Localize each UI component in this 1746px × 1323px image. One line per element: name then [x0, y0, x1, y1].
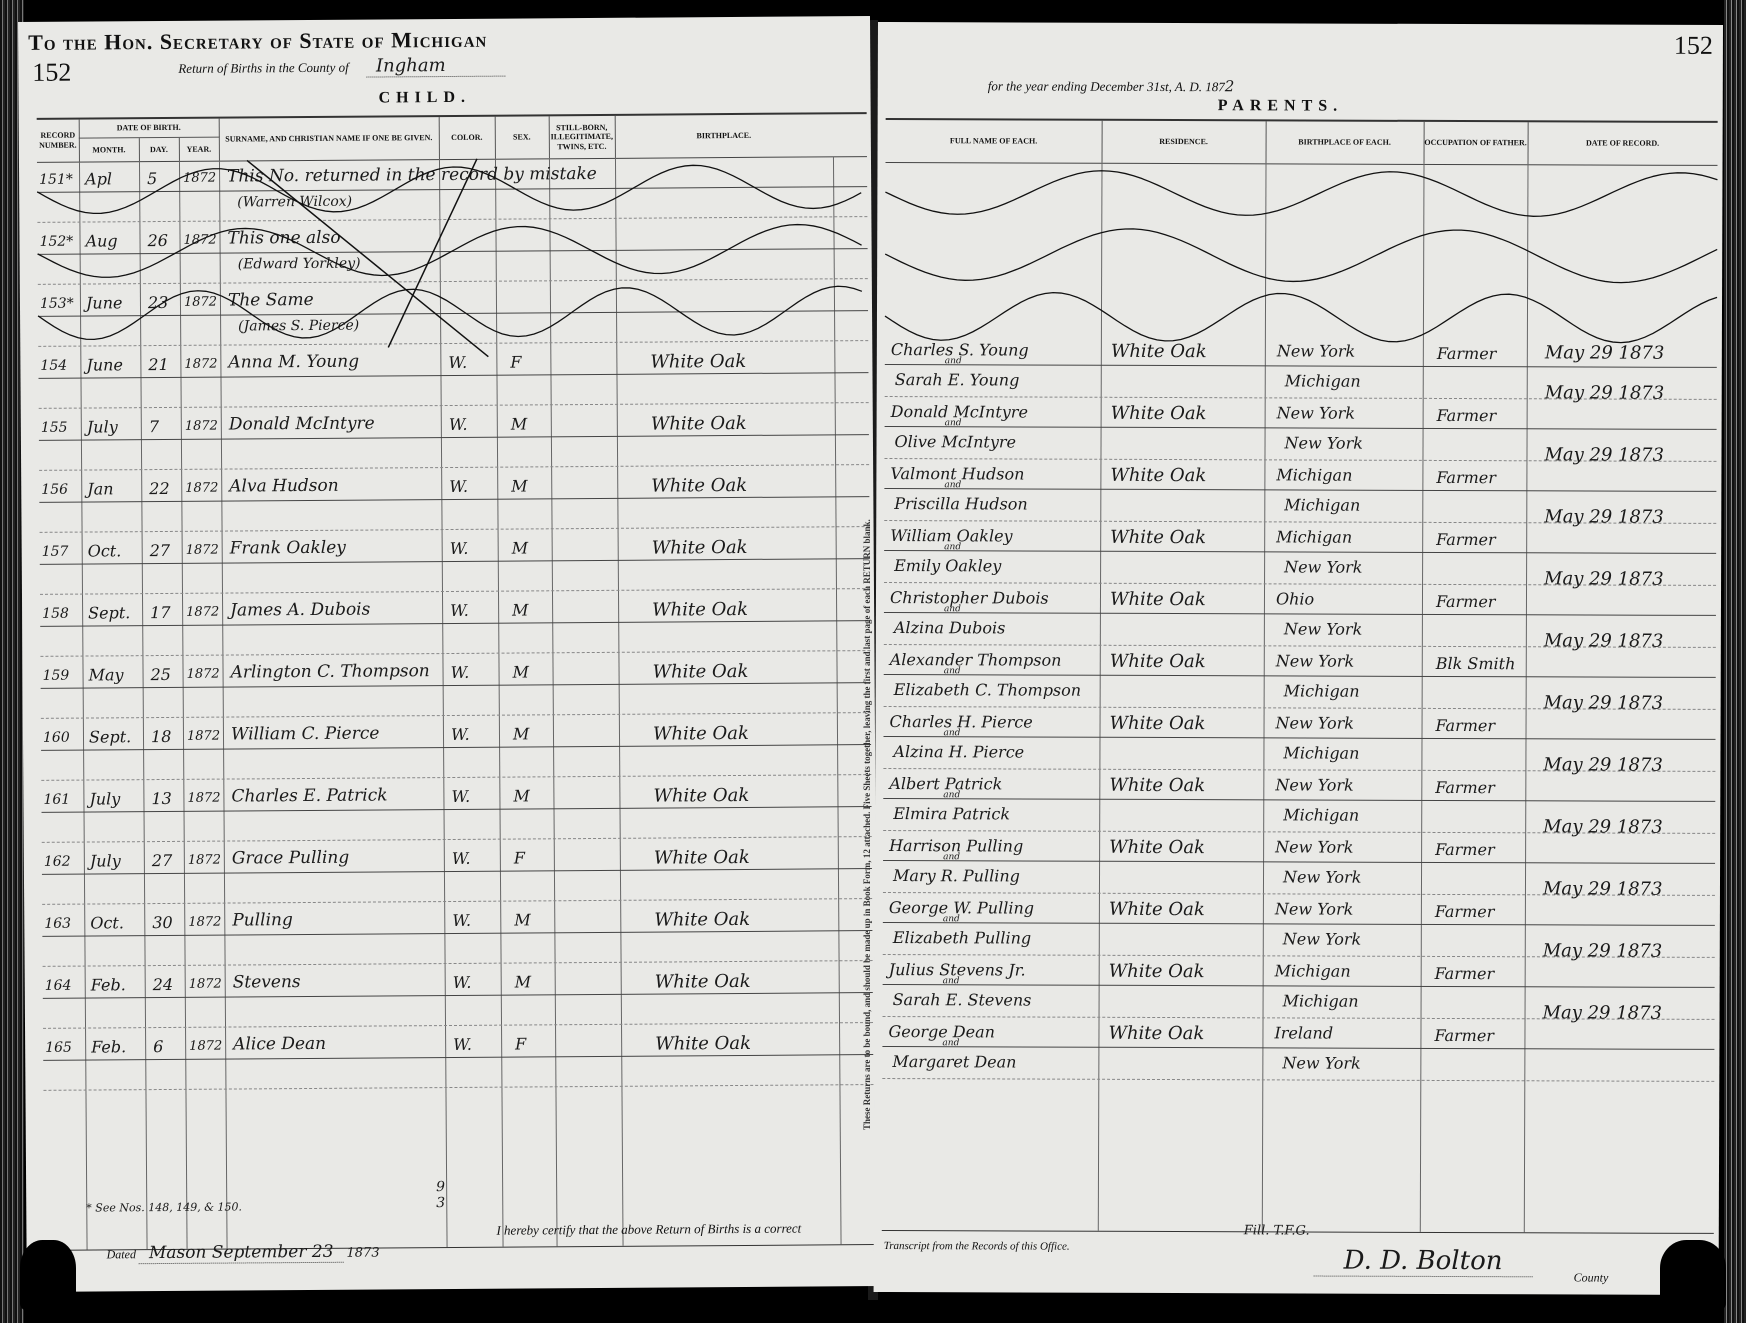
birth-month: Oct. — [88, 541, 122, 560]
birth-month: Jan — [87, 479, 113, 498]
table-row: 160Sept.181872William C. PierceW.MWhite … — [41, 720, 871, 788]
father-name: George W. Pulling — [889, 898, 1034, 918]
table-row: 165Feb.61872Alice DeanW.FWhite Oak — [43, 1030, 873, 1098]
tally-mark: 9 3 — [436, 1179, 446, 1211]
child-color: W. — [453, 1035, 472, 1054]
father-birthplace: New York — [1275, 837, 1353, 856]
child-birthplace: White Oak — [651, 413, 747, 435]
strike-through-marks — [37, 114, 869, 360]
birth-year: 1872 — [185, 419, 218, 434]
mother-birthplace: Michigan — [1285, 371, 1361, 390]
mother-birthplace: New York — [1285, 433, 1363, 452]
child-sex: M — [514, 910, 531, 929]
birth-month: July — [90, 851, 121, 870]
birth-month: Sept. — [88, 603, 130, 622]
dated-value: Mason September 23 — [139, 1242, 344, 1264]
record-number: 154 — [40, 358, 67, 374]
parent-residence: White Oak — [1111, 403, 1207, 424]
dated-label: Dated — [107, 1247, 136, 1261]
child-name: William C. Pierce — [231, 723, 380, 744]
and-connector: and — [943, 790, 960, 800]
mother-birthplace: New York — [1283, 929, 1361, 948]
parent-residence: White Oak — [1110, 713, 1206, 734]
child-name: Stevens — [233, 972, 301, 992]
child-color: W. — [453, 973, 472, 992]
child-color: W. — [450, 601, 469, 620]
record-date: May 29 1873 — [1544, 568, 1664, 589]
parent-rows: Charles S. YoungandSarah E. YoungWhite O… — [886, 120, 1718, 123]
birth-day: 27 — [152, 851, 172, 870]
child-color: W. — [449, 415, 468, 434]
child-name: Arlington C. Thompson — [230, 661, 429, 682]
father-birthplace: Ireland — [1274, 1023, 1333, 1042]
mother-birthplace: Michigan — [1283, 743, 1359, 762]
mother-name: Elizabeth C. Thompson — [894, 680, 1082, 700]
record-number: 162 — [44, 854, 71, 870]
birth-year: 1872 — [187, 791, 220, 806]
birth-year: 1872 — [189, 1039, 222, 1054]
mother-birthplace: New York — [1284, 619, 1362, 638]
record-number: 158 — [42, 606, 69, 622]
right-page: 152 for the year ending December 31st, A… — [874, 22, 1723, 1295]
child-sex: M — [512, 600, 529, 619]
father-occupation: Farmer — [1436, 468, 1496, 487]
parent-residence: White Oak — [1108, 1023, 1204, 1044]
child-birthplace: White Oak — [655, 971, 751, 993]
birth-day: 24 — [153, 975, 173, 994]
child-sex: M — [512, 662, 529, 681]
child-name: Frank Oakley — [230, 538, 346, 559]
father-birthplace: Ohio — [1276, 589, 1314, 608]
parent-residence: White Oak — [1109, 961, 1205, 982]
return-label-text: Return of Births in the County of — [178, 60, 349, 76]
birth-year: 1872 — [184, 357, 217, 372]
year-ending-text: for the year ending December 31st, A. D.… — [988, 78, 1225, 94]
birth-day: 25 — [150, 665, 170, 684]
dated-year: 1873 — [346, 1246, 379, 1261]
child-birthplace: White Oak — [652, 537, 748, 559]
and-connector: and — [943, 914, 960, 924]
birth-day: 27 — [150, 541, 170, 560]
parent-residence: White Oak — [1110, 589, 1206, 610]
page-number-left: 152 — [32, 58, 71, 88]
record-date: May 29 1873 — [1544, 444, 1664, 465]
parent-residence: White Oak — [1109, 899, 1205, 920]
mother-birthplace: New York — [1283, 867, 1361, 886]
father-birthplace: New York — [1276, 713, 1354, 732]
record-number: 156 — [41, 482, 68, 498]
parent-residence: White Oak — [1109, 837, 1205, 858]
child-sex: F — [515, 1034, 526, 1053]
child-birthplace: White Oak — [652, 661, 748, 683]
birth-year: 1872 — [186, 543, 219, 558]
father-birthplace: Michigan — [1276, 527, 1352, 546]
birth-month: May — [88, 665, 123, 684]
child-birthplace: White Oak — [654, 909, 750, 931]
table-row: 163Oct.301872PullingW.MWhite Oak — [42, 906, 872, 974]
father-occupation: Farmer — [1436, 716, 1496, 735]
birth-month: July — [87, 417, 118, 436]
birth-day: 22 — [149, 479, 169, 498]
father-occupation: Farmer — [1435, 840, 1495, 859]
birth-year: 1872 — [187, 667, 220, 682]
record-number: 160 — [43, 730, 70, 746]
father-birthplace: New York — [1275, 775, 1353, 794]
birth-year: 1872 — [188, 853, 221, 868]
child-rows: 151*Apl51872This No. returned in the rec… — [37, 114, 867, 120]
birth-month: July — [89, 789, 120, 808]
father-birthplace: Michigan — [1276, 465, 1352, 484]
child-birthplace: White Oak — [652, 599, 748, 621]
mother-name: Alzina H. Pierce — [893, 742, 1024, 761]
page-number-right: 152 — [1674, 31, 1713, 61]
record-date: May 29 1873 — [1545, 382, 1665, 403]
and-connector: and — [945, 418, 962, 428]
child-sex: M — [511, 414, 528, 433]
child-name: Grace Pulling — [232, 848, 349, 869]
record-date: May 29 1873 — [1543, 754, 1663, 775]
father-name: Christopher Dubois — [890, 588, 1049, 608]
left-page: To the Hon. Secretary of State of Michig… — [18, 16, 879, 1292]
child-birthplace: White Oak — [655, 1033, 751, 1055]
birth-year: 1872 — [186, 605, 219, 620]
record-date: May 29 1873 — [1544, 506, 1664, 527]
page-damage-right — [1660, 1240, 1726, 1310]
birth-day: 17 — [150, 603, 170, 622]
mother-birthplace: Michigan — [1284, 495, 1360, 514]
record-number: 165 — [45, 1040, 72, 1056]
mother-name: Sarah E. Stevens — [893, 990, 1032, 1009]
mother-name: Olive McIntyre — [895, 432, 1017, 451]
birth-year: 1872 — [187, 729, 220, 744]
father-name: Charles H. Pierce — [890, 712, 1033, 731]
birth-year: 1872 — [189, 977, 222, 992]
clerk-signature: D. D. Bolton — [1314, 1246, 1533, 1278]
and-connector: and — [944, 666, 961, 676]
mother-birthplace: Michigan — [1283, 805, 1359, 824]
table-row: George DeanandMargaret DeanWhite OakIrel… — [882, 1020, 1714, 1085]
footnote: * See Nos. 148, 149, & 150. — [86, 1200, 242, 1214]
child-color: W. — [452, 849, 471, 868]
record-date: May 29 1873 — [1544, 630, 1664, 651]
mother-name: Margaret Dean — [892, 1052, 1016, 1071]
mother-name: Elizabeth Pulling — [893, 928, 1031, 947]
mother-birthplace: New York — [1284, 557, 1362, 576]
father-name: Alexander Thompson — [890, 650, 1062, 670]
child-birthplace: White Oak — [654, 847, 750, 869]
child-birthplace: White Oak — [651, 475, 747, 497]
transcript-text: Transcript from the Records of this Offi… — [884, 1240, 1070, 1253]
birth-day: 18 — [151, 727, 171, 746]
parent-residence: White Oak — [1110, 465, 1206, 486]
return-label: Return of Births in the County of Ingham — [178, 55, 505, 78]
birth-year: 1872 — [185, 481, 218, 496]
table-row: 155July71872Donald McIntyreW.MWhite Oak — [39, 410, 869, 478]
father-birthplace: New York — [1275, 899, 1353, 918]
birth-month: Feb. — [91, 1037, 126, 1056]
child-sex: M — [511, 476, 528, 495]
and-connector: and — [943, 976, 960, 986]
child-sex: F — [514, 848, 525, 867]
record-date: May 29 1873 — [1543, 940, 1663, 961]
parents-table: Full Name of Each. Residence. Birthplace… — [882, 118, 1718, 1234]
table-row: 157Oct.271872Frank OakleyW.MWhite Oak — [40, 534, 870, 602]
mother-name: Alzina Dubois — [894, 618, 1006, 637]
record-number: 155 — [41, 420, 68, 436]
county-value: Ingham — [366, 55, 506, 78]
father-birthplace: Michigan — [1275, 961, 1351, 980]
father-occupation: Farmer — [1436, 592, 1496, 611]
child-section-title: CHILD. — [378, 89, 471, 108]
child-birthplace: White Oak — [653, 723, 749, 745]
birth-month: Oct. — [90, 913, 124, 932]
parents-section-title: PARENTS. — [1218, 97, 1344, 115]
binding-instructions: These Returns are to be bound, and shoul… — [862, 519, 872, 1130]
child-sex: M — [512, 538, 529, 557]
father-occupation: Farmer — [1435, 902, 1495, 921]
parent-residence: White Oak — [1109, 775, 1205, 796]
father-occupation: Farmer — [1434, 1026, 1494, 1045]
parent-residence: White Oak — [1110, 527, 1206, 548]
table-row: 162July271872Grace PullingW.FWhite Oak — [42, 844, 872, 912]
birth-year: 1872 — [188, 915, 221, 930]
mother-name: Sarah E. Young — [895, 370, 1020, 389]
strike-through-marks — [885, 120, 1718, 363]
certify-text: I hereby certify that the above Return o… — [496, 1221, 801, 1239]
child-color: W. — [450, 539, 469, 558]
table-row: 164Feb.241872StevensW.MWhite Oak — [43, 968, 873, 1036]
child-name: Donald McIntyre — [229, 414, 375, 435]
dated-line: Dated Mason September 23 1873 — [107, 1242, 380, 1264]
record-date: May 29 1873 — [1543, 878, 1663, 899]
child-color: W. — [450, 663, 469, 682]
father-occupation: Farmer — [1437, 406, 1497, 425]
child-color: W. — [451, 725, 470, 744]
child-name: Pulling — [232, 910, 293, 930]
and-connector: and — [944, 542, 961, 552]
child-name: Alice Dean — [233, 1034, 326, 1055]
father-birthplace: New York — [1277, 403, 1355, 422]
father-birthplace: New York — [1276, 651, 1354, 670]
page-damage-left — [20, 1240, 76, 1310]
child-birthplace: White Oak — [653, 785, 749, 807]
father-occupation: Farmer — [1436, 530, 1496, 549]
child-sex: M — [515, 972, 532, 991]
mother-birthplace: New York — [1282, 1053, 1360, 1072]
initials: Fill. T.F.G. — [1244, 1223, 1310, 1238]
record-number: 164 — [45, 978, 72, 994]
book-binding-right — [1724, 0, 1746, 1323]
record-date: May 29 1873 — [1543, 1002, 1663, 1023]
child-sex: M — [513, 724, 530, 743]
and-connector: and — [942, 1038, 959, 1048]
year-ending-label: for the year ending December 31st, A. D.… — [988, 76, 1235, 95]
mother-name: Elmira Patrick — [893, 804, 1010, 823]
mother-name: Mary R. Pulling — [893, 866, 1020, 885]
child-name: Alva Hudson — [229, 476, 339, 497]
child-color: W. — [449, 477, 468, 496]
father-occupation: Blk Smith — [1436, 654, 1516, 673]
year-ending-value: 2 — [1225, 77, 1235, 95]
record-number: 159 — [43, 668, 70, 684]
child-table: Record Number. Date of Birth. Month. Day… — [37, 112, 875, 1251]
record-number: 157 — [42, 544, 69, 560]
parent-residence: White Oak — [1110, 651, 1206, 672]
addressee-header: To the Hon. Secretary of State of Michig… — [28, 27, 487, 56]
county-label: County — [1574, 1270, 1609, 1285]
father-occupation: Farmer — [1435, 778, 1495, 797]
table-row: 159May251872Arlington C. ThompsonW.MWhit… — [40, 658, 870, 726]
birth-month: Sept. — [89, 727, 131, 746]
record-date: May 29 1873 — [1543, 816, 1663, 837]
birth-month: Feb. — [91, 975, 126, 994]
child-name: Charles E. Patrick — [231, 785, 387, 806]
and-connector: and — [944, 480, 961, 490]
child-sex: M — [513, 786, 530, 805]
birth-day: 7 — [149, 417, 159, 436]
mother-birthplace: Michigan — [1283, 991, 1359, 1010]
mother-name: Emily Oakley — [894, 556, 1001, 575]
mother-birthplace: Michigan — [1284, 681, 1360, 700]
birth-day: 30 — [152, 913, 172, 932]
and-connector: and — [944, 604, 961, 614]
record-number: 163 — [44, 916, 71, 932]
child-color: W. — [451, 787, 470, 806]
child-color: W. — [452, 911, 471, 930]
child-name: James A. Dubois — [230, 600, 370, 621]
table-row: 158Sept.171872James A. DuboisW.MWhite Oa… — [40, 596, 870, 664]
birth-day: 13 — [151, 789, 171, 808]
record-number: 161 — [43, 792, 70, 808]
table-row: 156Jan221872Alva HudsonW.MWhite Oak — [39, 472, 869, 540]
father-occupation: Farmer — [1435, 964, 1495, 983]
and-connector: and — [943, 852, 960, 862]
table-row: 161July131872Charles E. PatrickW.MWhite … — [41, 782, 871, 850]
birth-day: 6 — [153, 1037, 163, 1056]
and-connector: and — [944, 728, 961, 738]
record-date: May 29 1873 — [1544, 692, 1664, 713]
mother-name: Priscilla Hudson — [894, 494, 1027, 513]
